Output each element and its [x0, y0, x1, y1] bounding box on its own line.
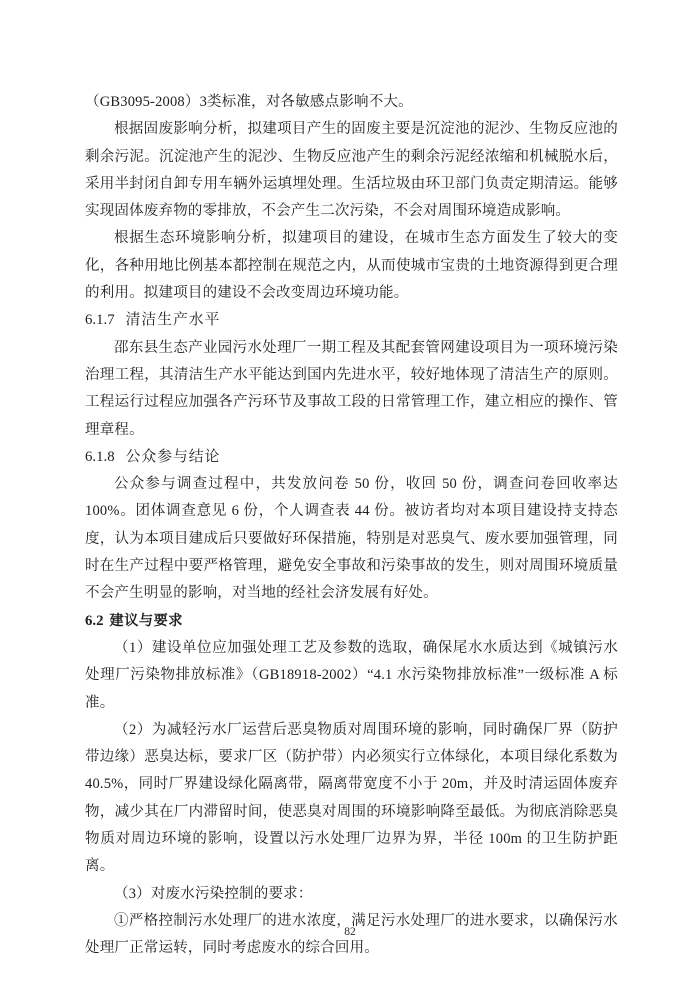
heading-title: 清洁生产水平 — [126, 312, 221, 328]
paragraph: （GB3095-2008）3类标准，对各敏感点影响不大。 — [85, 89, 618, 116]
heading-title: 公众参与结论 — [126, 449, 221, 465]
heading-title: 建议与要求 — [110, 613, 183, 629]
heading-number: 6.2 — [85, 613, 104, 629]
paragraph: （1）建设单位应加强处理工艺及参数的选取，确保尾水水质达到《城镇污水处理厂污染物… — [85, 635, 618, 717]
section-heading: 6.2建议与要求 — [85, 608, 618, 635]
heading-number: 6.1.8 — [85, 449, 115, 465]
section-heading: 6.1.7清洁生产水平 — [85, 307, 618, 334]
page-number: 82 — [0, 926, 700, 938]
paragraph: 邵东县生态产业园污水处理厂一期工程及其配套管网建设项目为一项环境污染治理工程，其… — [85, 335, 618, 444]
paragraph: （3）对废水污染控制的要求： — [85, 881, 618, 908]
document-body: （GB3095-2008）3类标准，对各敏感点影响不大。根据固废影响分析，拟建项… — [85, 89, 618, 963]
paragraph: 公众参与调查过程中，共发放问卷 50 份，收回 50 份，调查问卷回收率达 10… — [85, 471, 618, 607]
paragraph: 根据生态环境影响分析，拟建项目的建设，在城市生态方面发生了较大的变化，各种用地比… — [85, 225, 618, 307]
paragraph: （2）为减轻污水厂运营后恶臭物质对周围环境的影响，同时确保厂界（防护带边缘）恶臭… — [85, 717, 618, 881]
section-heading: 6.1.8公众参与结论 — [85, 444, 618, 471]
paragraph: 根据固废影响分析，拟建项目产生的固废主要是沉淀池的泥沙、生物反应池的剩余污泥。沉… — [85, 116, 618, 225]
document-page: { "document": { "blocks": [ { "type": "p… — [0, 0, 700, 989]
heading-number: 6.1.7 — [85, 312, 115, 328]
